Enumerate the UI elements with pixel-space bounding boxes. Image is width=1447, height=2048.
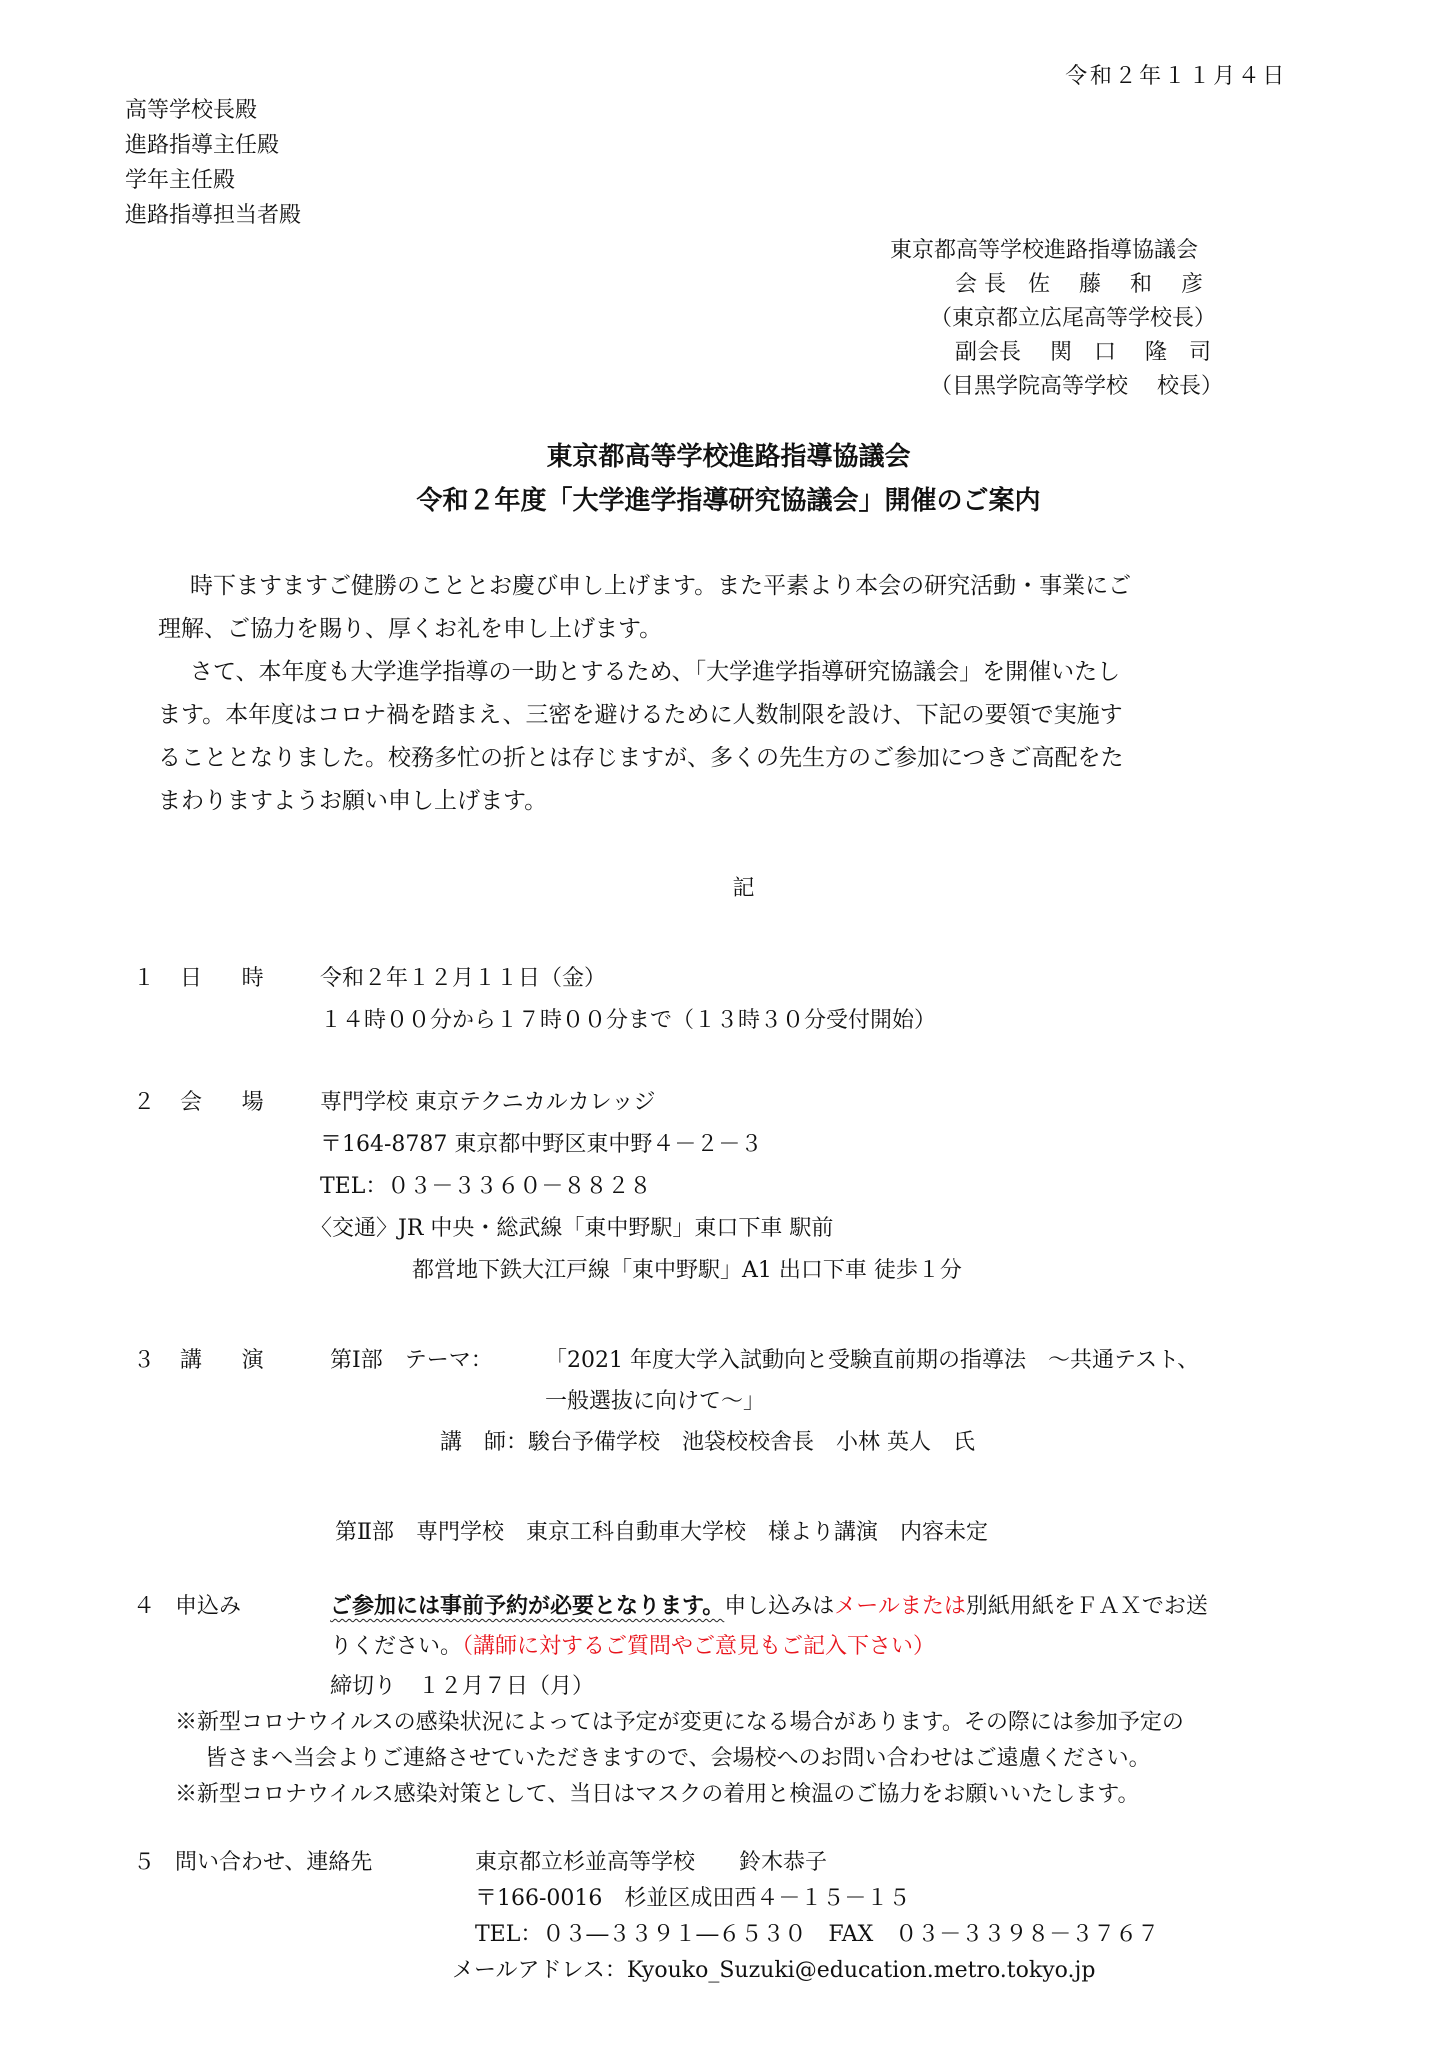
venue-address: 〒164-8787 東京都中野区東中野４－２－３	[320, 1134, 762, 1156]
sender-vice-president-affiliation: （目黒学院高等学校 校長）	[930, 376, 1223, 398]
sender-president: 会 長 佐 藤 和 彦	[955, 274, 1203, 296]
item-label: 会 場	[180, 1092, 272, 1114]
venue-access-jr: 〈交通〉JR 中央・総武線「東中野駅」東口下車 駅前	[310, 1218, 833, 1240]
addressee: 学年主任殿	[125, 170, 235, 192]
body-line: 理解、ご協力を賜り、厚くお礼を申し上げます。	[158, 618, 662, 641]
lecture-part1-label: 第Ⅰ部 テーマ：	[330, 1350, 493, 1372]
lecture-part1-theme-cont: 一般選抜に向けて～」	[545, 1391, 765, 1413]
contact-email[interactable]: メールアドレス：Kyouko_Suzuki@education.metro.to…	[452, 1960, 1095, 1982]
contact-phone-fax: TEL：０３―３３９１―６５３０ FAX ０３－３３９８－３７６７	[475, 1924, 1159, 1946]
sender-president-affiliation: （東京都立広尾高等学校長）	[930, 308, 1216, 330]
application-line-1: ご参加には事前予約が必要となります。申し込みはメールまたは別紙用紙をＦＡＸでお送	[330, 1596, 1208, 1618]
contact-address: 〒166-0016 杉並区成田西４－１５－１５	[475, 1888, 910, 1910]
sender-organization: 東京都高等学校進路指導協議会	[890, 240, 1198, 262]
lecture-part1-lecturer: 講 師：駿台予備学校 池袋校校舎長 小林 英人 氏	[440, 1432, 975, 1454]
item-number: ５	[133, 1852, 155, 1874]
body-line: ることとなりました。校務多忙の折とは存じますが、多くの先生方のご参加につきご高配…	[158, 747, 1124, 770]
application-line-2: りください。（講師に対するご質問やご意見もご記入下さい）	[330, 1636, 935, 1658]
application-questions-note: （講師に対するご質問やご意見もご記入下さい）	[462, 1634, 935, 1659]
note-line: ※新型コロナウイルス感染対策として、当日はマスクの着用と検温のご協力をお願いいた…	[175, 1784, 1139, 1806]
event-time: １４時００分から１７時００分まで（１３時３０分受付開始）	[320, 1010, 936, 1032]
sender-vice-president: 副会長 関 口 隆 司	[955, 342, 1211, 364]
item-label: 申込み	[175, 1596, 241, 1618]
application-text: 申し込みは	[724, 1594, 834, 1619]
body-line: ます。本年度はコロナ禍を踏まえ、三密を避けるために人数制限を設け、下記の要領で実…	[158, 704, 1123, 727]
item-number: １	[133, 968, 155, 990]
lecture-part2: 第Ⅱ部 専門学校 東京工科自動車大学校 様より講演 内容未定	[335, 1522, 988, 1544]
item-label: 講 演	[180, 1350, 272, 1372]
application-text-cont: りください。	[330, 1634, 462, 1659]
application-method-email: メールまたは	[834, 1594, 966, 1619]
item-label: 問い合わせ、連絡先	[175, 1852, 372, 1874]
item-number: ２	[133, 1092, 155, 1114]
note-line: 皆さまへ当会よりご連絡させていただきますので、会場校へのお問い合わせはご遠慮くだ…	[205, 1748, 1151, 1770]
application-text-fax: 別紙用紙をＦＡＸでお送	[966, 1594, 1208, 1619]
addressee: 高等学校長殿	[125, 100, 257, 122]
addressee: 進路指導担当者殿	[125, 205, 301, 227]
document-date: 令和２年１１月４日	[1065, 66, 1287, 88]
venue-tel: TEL：０３－３３６０－８８２８	[320, 1176, 651, 1198]
body-line: まわりますようお願い申し上げます。	[158, 790, 547, 813]
ki-heading: 記	[0, 878, 1447, 900]
addressee: 進路指導主任殿	[125, 135, 279, 157]
event-date: 令和２年１２月１１日（金）	[320, 968, 606, 990]
venue-name: 専門学校 東京テクニカルカレッジ	[320, 1092, 655, 1114]
note-line: ※新型コロナウイルスの感染状況によっては予定が変更になる場合があります。その際に…	[175, 1712, 1184, 1734]
title-line-1: 東京都高等学校進路指導協議会	[0, 444, 1447, 470]
venue-access-subway: 都営地下鉄大江戸線「東中野駅」A1 出口下車 徒歩１分	[412, 1260, 962, 1282]
contact-school-person: 東京都立杉並高等学校 鈴木恭子	[475, 1852, 827, 1874]
item-number: ３	[133, 1350, 155, 1372]
title-line-2: 令和２年度「大学進学指導研究協議会」開催のご案内	[0, 488, 1447, 514]
body-line: さて、本年度も大学進学指導の一助とするため、「大学進学指導研究協議会」を開催いた…	[190, 661, 1120, 684]
item-number: ４	[133, 1596, 155, 1618]
lecture-part1-theme: 「2021 年度大学入試動向と受験直前期の指導法 ～共通テスト、	[545, 1350, 1199, 1372]
application-deadline: 締切り １２月７日（月）	[330, 1676, 594, 1698]
item-label: 日 時	[180, 968, 272, 990]
reservation-required-notice: ご参加には事前予約が必要となります。	[330, 1594, 724, 1619]
body-line: 時下ますますご健勝のこととお慶び申し上げます。また平素より本会の研究活動・事業に…	[190, 575, 1131, 598]
